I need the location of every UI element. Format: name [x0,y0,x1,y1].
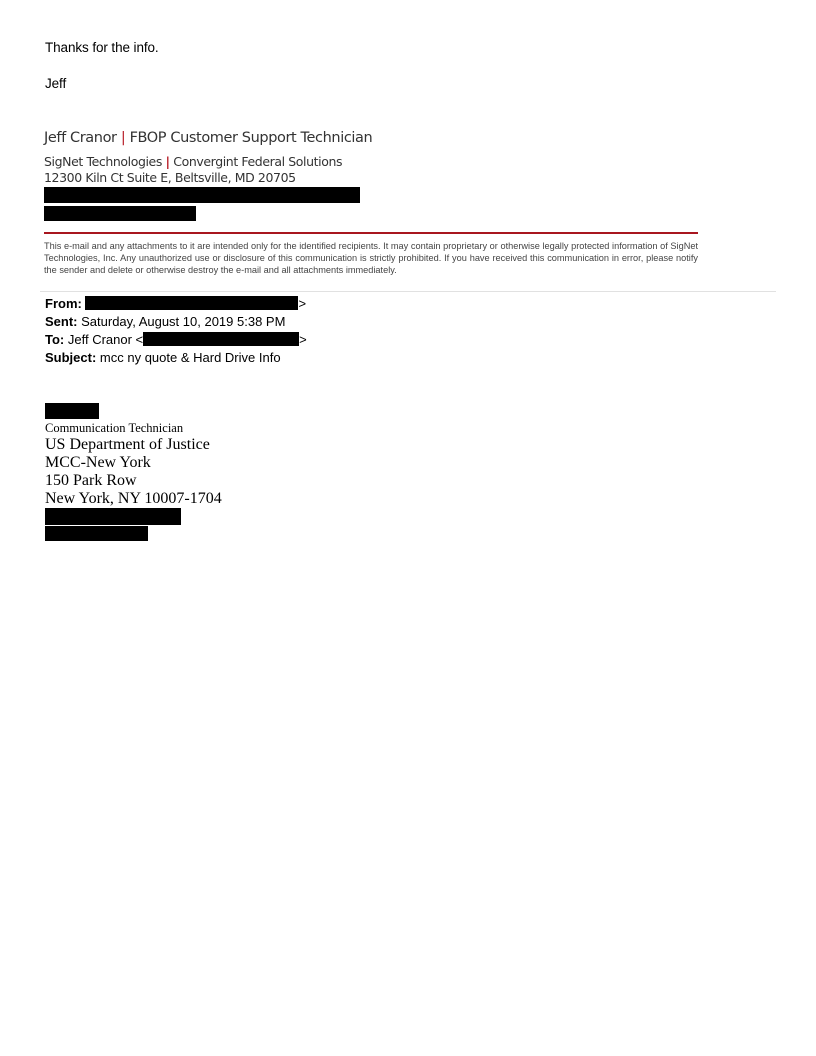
sent-field: Sent: Saturday, August 10, 2019 5:38 PM [45,314,285,329]
signature-name: Jeff Cranor [44,130,117,146]
redaction-block [45,526,148,541]
legal-disclaimer: This e-mail and any attachments to it ar… [44,240,698,276]
from-suffix: > [298,296,306,311]
from-field: From: > [45,296,306,311]
to-suffix: > [299,332,307,347]
redaction-block [44,187,360,203]
signature-company: SigNet Technologies [44,154,162,169]
sender-organization: US Department of Justice [45,436,210,454]
subject-label: Subject: [45,350,96,365]
signature-address: 12300 Kiln Ct Suite E, Beltsville, MD 20… [44,170,296,185]
message-separator [40,291,776,292]
signature-company-line: SigNet Technologies | Convergint Federal… [44,154,342,169]
redaction-block [85,296,298,310]
signature-title: FBOP Customer Support Technician [130,130,373,146]
subject-field: Subject: mcc ny quote & Hard Drive Info [45,350,281,365]
signature-name-title: Jeff Cranor | FBOP Customer Support Tech… [44,130,372,146]
signature-company-separator: | [166,154,170,169]
redaction-block [143,332,299,346]
signature-separator: | [121,130,126,146]
sender-street: 150 Park Row [45,472,137,490]
sent-value: Saturday, August 10, 2019 5:38 PM [81,314,285,329]
subject-value: mcc ny quote & Hard Drive Info [100,350,281,365]
redaction-block [45,508,181,525]
redaction-block [44,206,196,221]
sender-city-state-zip: New York, NY 10007-1704 [45,490,222,508]
signature-partner: Convergint Federal Solutions [173,154,342,169]
to-field: To: Jeff Cranor <> [45,332,307,347]
sender-facility: MCC-New York [45,454,151,472]
signature-divider [44,232,698,234]
from-label: From: [45,296,82,311]
message-sign-off: Jeff [45,76,66,91]
sent-label: Sent: [45,314,78,329]
to-value: Jeff Cranor < [68,332,143,347]
to-label: To: [45,332,64,347]
redaction-block [45,403,99,419]
sender-title: Communication Technician [45,421,183,436]
message-body-line: Thanks for the info. [45,40,159,55]
